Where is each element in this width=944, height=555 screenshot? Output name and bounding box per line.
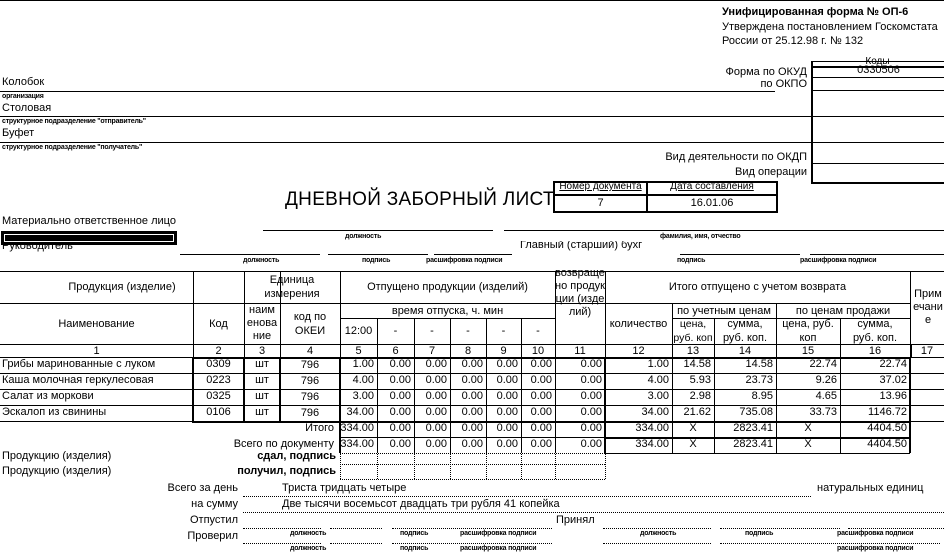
header-quantity: количество [605,303,672,344]
column-number: 6 [377,344,414,357]
row-returned[interactable]: 0.00 [555,389,605,405]
header-sale-prices: по ценам продажи [776,303,910,318]
total-price-acc: X [672,421,714,437]
row-sum-sale[interactable]: 1146.72 [840,405,910,421]
released-decode-caption: расшифровка подписи [460,530,536,537]
approved-line-1: Утверждена постановлением Госкомстата [722,21,938,33]
row-time-value[interactable]: 0.00 [414,373,450,389]
row-time-value[interactable]: 0.00 [486,373,521,389]
row-name[interactable]: Эскалоп из свинины [0,405,193,421]
total-sum-sale: 4404.50 [840,421,910,437]
row-time-value[interactable]: 0.00 [414,405,450,421]
row-name[interactable]: Грибы маринованные с луком [0,357,193,373]
row-sum-sale[interactable]: 13.96 [840,389,910,405]
column-number: 13 [672,344,714,357]
okdp-label: Вид деятельности по ОКДП [600,151,807,163]
okud-label: Форма по ОКУД [640,66,807,78]
column-number: 14 [714,344,776,357]
header-price-sale: цена, руб. коп [776,318,840,344]
document-date-value[interactable]: 16.01.06 [648,196,776,210]
natural-units-label: натуральных единиц [817,482,923,494]
row-time-value[interactable]: 0.00 [450,389,486,405]
total-time-value: 0.00 [521,421,555,437]
total-time-value: 0.00 [486,421,521,437]
header-time-slot: - [521,318,555,344]
row-time-value[interactable]: 0.00 [450,405,486,421]
total-time-value: 334.00 [340,437,377,453]
column-number: 2 [193,344,244,357]
row-time-value[interactable]: 0.00 [486,357,521,373]
released-by-label: Отпустил [130,514,238,526]
row-code[interactable]: 0223 [193,373,244,389]
row-price-acc[interactable]: 14.58 [672,357,714,373]
header-released: Отпущено продукции (изделий) [340,271,555,303]
accountant-label: Главный (старший) бухг [520,241,642,252]
sender-line [0,116,811,117]
receiver-value[interactable]: Буфет [2,127,34,139]
released-position-caption: должность [290,530,326,537]
header-price-acc: цена, руб. коп [672,318,714,344]
total-sum-acc: 2823.41 [714,437,776,453]
row-time-value[interactable]: 0.00 [414,389,450,405]
row-time-value[interactable]: 0.00 [521,373,555,389]
sender-value[interactable]: Столовая [2,102,51,114]
row-time-value[interactable]: 0.00 [450,357,486,373]
top-border [0,0,944,1]
row-time-value[interactable]: 0.00 [377,373,414,389]
row-time-value[interactable]: 0.00 [377,357,414,373]
header-okei-code: код по ОКЕИ [280,303,340,344]
row-okei[interactable]: 796 [280,358,340,374]
column-number: 10 [521,344,555,357]
total-price-sale: X [776,421,840,437]
document-number-value[interactable]: 7 [555,196,646,210]
form-name: Унифицированная форма № ОП-6 [722,6,908,18]
accepted-signature-caption: подпись [745,530,773,537]
total-sum-sale: 4404.50 [840,437,910,453]
header-unit: Единица измерения [244,271,340,303]
receiver-line [0,142,811,143]
total-time-value: 0.00 [450,421,486,437]
row-price-acc[interactable]: 2.98 [672,389,714,405]
header-unit-name: наименование [244,303,280,344]
row-sum-acc[interactable]: 8.95 [714,389,776,405]
product-label-handed: Продукцию (изделия) [2,450,111,462]
accepted-decode-caption-2: расшифровка подписи [837,545,913,552]
header-returned: возвращено продукции (изделий) [555,267,605,340]
sender-caption: структурное подразделение "отправитель" [2,118,146,125]
checked-signature-caption: подпись [400,545,428,552]
row-time-value[interactable]: 0.00 [486,405,521,421]
header-time-slot: - [414,318,450,344]
row-time-value[interactable]: 0.00 [521,389,555,405]
row-sum-acc[interactable]: 735.08 [714,405,776,421]
total-day-value[interactable]: Триста тридцать четыре [282,482,406,494]
head-signature-caption: подпись [362,257,390,264]
row-sum-sale[interactable]: 37.02 [840,373,910,389]
row-sum-acc[interactable]: 14.58 [714,357,776,373]
header-sum-sale: сумма, руб. коп. [840,318,910,344]
header-time-slot: - [377,318,414,344]
total-sum-acc: 2823.41 [714,421,776,437]
product-label-received: Продукцию (изделия) [2,465,111,477]
row-okei[interactable]: 796 [280,390,340,406]
operation-label: Вид операции [600,166,807,178]
header-sum-acc: сумма, руб. коп. [714,318,776,344]
head-position-caption: должность [243,257,279,264]
total-time-value: 0.00 [377,437,414,453]
row-sum-acc[interactable]: 23.73 [714,373,776,389]
header-time-slot: - [450,318,486,344]
row-code[interactable]: 0106 [193,405,244,421]
sum-label: на сумму [130,498,238,510]
accepted-label: Принял [556,514,595,526]
header-note: Примечание [910,271,944,344]
row-time-value[interactable]: 34.00 [340,405,377,421]
okpo-label: по ОКПО [640,78,807,90]
row-time-value[interactable]: 1.00 [340,357,377,373]
total-price-sale: X [776,437,840,453]
row-price-sale[interactable]: 22.74 [776,357,840,373]
total-time-value: 0.00 [521,437,555,453]
header-accounting-prices: по учетным ценам [672,303,776,318]
total-time-value: 334.00 [340,421,377,437]
released-signature-caption: подпись [400,530,428,537]
column-number: 15 [776,344,840,357]
accepted-position-caption: должность [640,530,676,537]
total-time-value: 0.00 [450,437,486,453]
column-number: 9 [486,344,521,357]
row-time-value[interactable]: 3.00 [340,389,377,405]
header-release-time: время отпуска, ч. мин [340,303,555,318]
column-number: 1 [0,344,193,357]
organization-caption: организация [2,93,44,100]
row-price-acc[interactable]: 21.62 [672,405,714,421]
row-okei[interactable]: 796 [280,374,340,390]
accountant-decode-caption: расшифровка подписи [800,257,876,264]
row-quantity[interactable]: 34.00 [605,405,672,421]
row-time-value[interactable]: 0.00 [377,405,414,421]
header-code: Код [193,303,244,344]
accepted-decode-caption: расшифровка подписи [837,530,913,537]
total-price-acc: X [672,437,714,453]
column-number: 11 [555,344,605,357]
received-label: получил, подпись [200,465,336,477]
row-price-acc[interactable]: 5.93 [672,373,714,389]
row-returned[interactable]: 0.00 [555,405,605,421]
column-number: 7 [414,344,450,357]
responsible-label: Материально ответственное лицо [2,215,176,227]
sum-value[interactable]: Две тысячи восемьсот двадцать три рубля … [282,498,560,510]
row-price-sale[interactable]: 33.73 [776,405,840,421]
header-time-slot: - [486,318,521,344]
row-quantity[interactable]: 1.00 [605,357,672,373]
head-label: Руководитель [2,242,73,252]
total-returned: 0.00 [555,421,605,437]
checked-decode-caption: расшифровка подписи [460,545,536,552]
header-name: Наименование [0,303,193,344]
document-title: ДНЕВНОЙ ЗАБОРНЫЙ ЛИСТ [285,189,555,211]
row-name[interactable]: Салат из моркови [0,389,193,405]
header-time-slot: 12:00 [340,318,377,344]
row-unit[interactable]: шт [244,405,280,421]
total-time-value: 0.00 [414,421,450,437]
accountant-signature-caption: подпись [677,257,705,264]
responsible-fio-caption: фамилия, имя, отчество [660,233,740,240]
row-time-value[interactable]: 0.00 [486,389,521,405]
okud-value: 0330506 [813,64,944,76]
row-quantity[interactable]: 3.00 [605,389,672,405]
total-time-value: 0.00 [414,437,450,453]
row-code[interactable]: 0309 [193,357,244,373]
receiver-caption: структурное подразделение "получатель" [2,144,142,151]
document-number-label: Номер документа [555,181,646,193]
row-okei[interactable]: 796 [280,406,340,422]
responsible-position-caption: должность [345,233,381,240]
checked-label: Проверил [130,530,238,542]
column-number: 16 [840,344,910,357]
row-unit[interactable]: шт [244,373,280,389]
row-unit[interactable]: шт [244,357,280,373]
header-product: Продукция (изделие) [0,271,244,303]
row-code[interactable]: 0325 [193,389,244,405]
column-number: 17 [910,344,944,357]
total-returned: 0.00 [555,437,605,453]
row-time-value[interactable]: 4.00 [340,373,377,389]
document-date-label: Дата составления [648,181,776,193]
row-sum-sale[interactable]: 22.74 [840,357,910,373]
row-time-value[interactable]: 0.00 [521,405,555,421]
approved-line-2: России от 25.12.98 г. № 132 [722,35,863,47]
row-unit[interactable]: шт [244,389,280,405]
row-returned[interactable]: 0.00 [555,357,605,373]
row-time-value[interactable]: 0.00 [521,357,555,373]
column-number: 12 [605,344,672,357]
total-quantity: 334.00 [605,437,672,453]
row-quantity[interactable]: 4.00 [605,373,672,389]
column-number: 8 [450,344,486,357]
total-time-value: 0.00 [486,437,521,453]
total-quantity: 334.00 [605,421,672,437]
row-time-value[interactable]: 0.00 [414,357,450,373]
organization-value[interactable]: Колобок [2,76,44,88]
column-number: 4 [280,344,340,357]
head-decode-caption: расшифровка подписи [426,257,502,264]
row-returned[interactable]: 0.00 [555,373,605,389]
total-day-label: Всего за день [130,482,238,494]
row-time-value[interactable]: 0.00 [377,389,414,405]
total-label: Итого [0,421,337,437]
row-price-sale[interactable]: 4.65 [776,389,840,405]
column-number: 5 [340,344,377,357]
organization-line [0,91,775,92]
handed-label: сдал, подпись [200,450,336,462]
row-time-value[interactable]: 0.00 [450,373,486,389]
row-price-sale[interactable]: 9.26 [776,373,840,389]
row-name[interactable]: Каша молочная геркулесовая [0,373,193,389]
checked-position-caption: должность [290,545,326,552]
column-number: 3 [244,344,280,357]
header-total-with-return: Итого отпущено с учетом возврата [605,271,910,303]
total-time-value: 0.00 [377,421,414,437]
